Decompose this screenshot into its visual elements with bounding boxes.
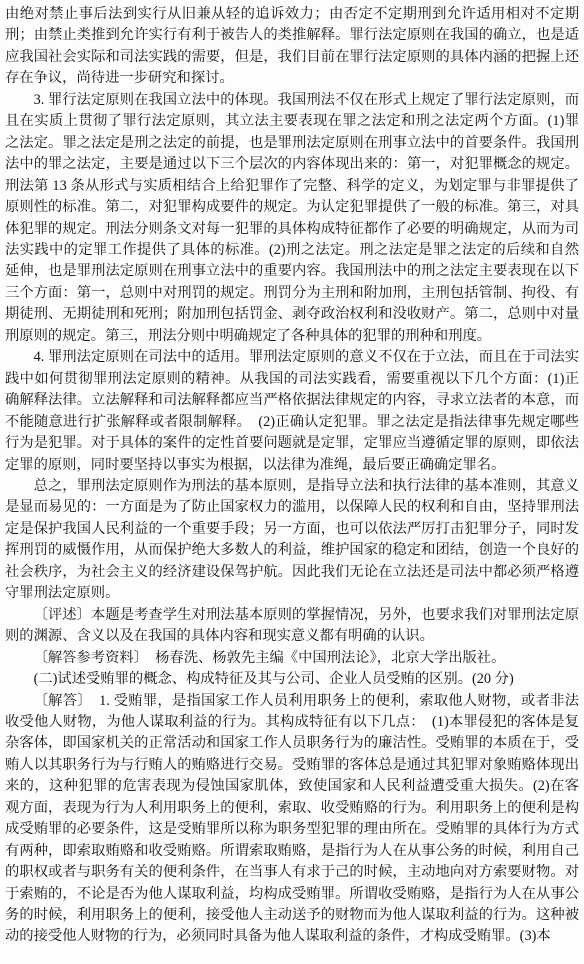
paragraph-point4-judicial-application: 4. 罪刑法定原则在司法中的适用。罪刑法定原则的意义不仅在于立法，而且在于司法实… [5,347,579,476]
paragraph-point3-legislation-embodiment: 3. 罪行法定原则在我国立法中的体现。我国刑法不仅在形式上规定了罪行法定原则，而… [5,90,579,347]
document-page: 由绝对禁止事后法到实行从旧兼从轻的追诉效力；由否定不定期刑到允许适用相对不定期刑… [0,0,584,964]
paragraph-question-two: (二)试述受贿罪的概念、构成特征及其与公司、企业人员受贿的区别。(20 分) [5,669,579,690]
paragraph-summary: 总之，罪刑法定原则作为刑法的基本原则，是指导立法和执行法律的基本准则，其意义是显… [5,476,579,605]
paragraph-answer-bribery-crime: 〔解答〕 1. 受贿罪，是指国家工作人员利用职务上的便利，索取他人财物，或者非法… [5,691,579,948]
paragraph-reference-material: 〔解答参考资料〕 杨春洗、杨敦先主编《中国刑法论》，北京大学出版社。 [5,648,579,669]
paragraph-commentary: 〔评述〕本题是考查学生对刑法基本原则的掌握情况，另外，也要求我们对罪刑法定原则的… [5,605,579,648]
paragraph-continuation-criminal-law-principle: 由绝对禁止事后法到实行从旧兼从轻的追诉效力；由否定不定期刑到允许适用相对不定期刑… [5,4,579,90]
